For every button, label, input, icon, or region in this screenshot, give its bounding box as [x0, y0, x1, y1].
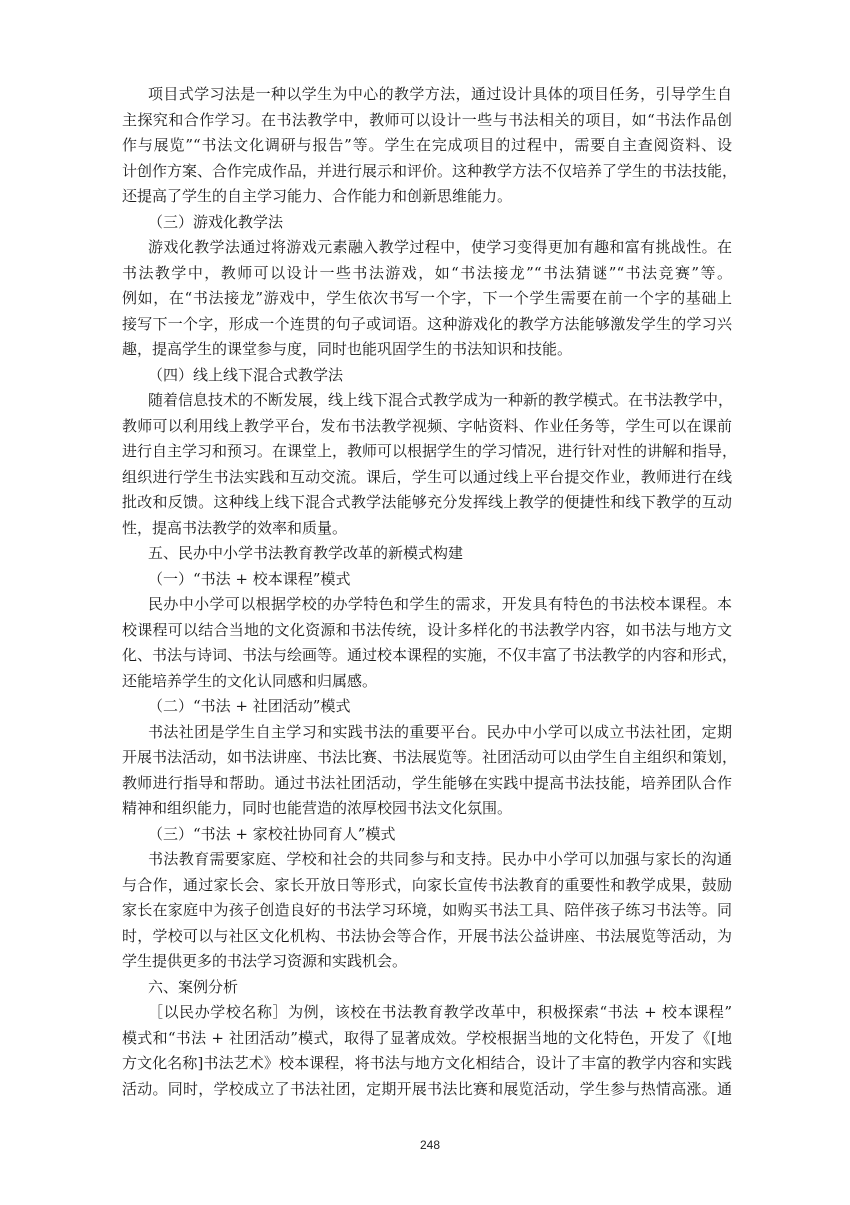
- paragraph-line: 计创作方案、合作完成作品，并进行展示和评价。这种教学方法不仅培养了学生的书法技能…: [122, 159, 732, 185]
- paragraph-line: 书法社团是学生自主学习和实践书法的重要平台。民办中小学可以成立书法社团，定期: [122, 720, 732, 746]
- paragraph-line: 还能培养学生的文化认同感和归属感。: [122, 669, 732, 695]
- paragraph-line: 时，学校可以与社区文化机构、书法协会等合作，开展书法公益讲座、书法展览等活动，为: [122, 924, 732, 950]
- paragraph-line: 开展书法活动，如书法讲座、书法比赛、书法展览等。社团活动可以由学生自主组织和策划…: [122, 745, 732, 771]
- paragraph-line: ［以民办学校名称］为例，该校在书法教育教学改革中，积极探索“书法 + 校本课程”: [122, 1000, 732, 1026]
- section-heading: 六、案例分析: [122, 975, 732, 1001]
- paragraph-line: 项目式学习法是一种以学生为中心的教学方法，通过设计具体的项目任务，引导学生自: [122, 82, 732, 108]
- paragraph-line: 性，提高书法教学的效率和质量。: [122, 516, 732, 542]
- paragraph-line: 家长在家庭中为孩子创造良好的书法学习环境，如购买书法工具、陪伴孩子练习书法等。同: [122, 898, 732, 924]
- paragraph-line: 作与展览”“书法文化调研与报告”等。学生在完成项目的过程中，需要自主查阅资料、设: [122, 133, 732, 159]
- section-heading: （二）“书法 + 社团活动”模式: [122, 694, 732, 720]
- section-heading: （三）游戏化教学法: [122, 210, 732, 236]
- paragraph-line: 例如，在“书法接龙”游戏中，学生依次书写一个字，下一个学生需要在前一个字的基础上: [122, 286, 732, 312]
- paragraph-line: 书法教学中，教师可以设计一些书法游戏，如“书法接龙”“书法猜谜”“书法竞赛”等。: [122, 261, 732, 287]
- paragraph-line: 批改和反馈。这种线上线下混合式教学法能够充分发挥线上教学的便捷性和线下教学的互动: [122, 490, 732, 516]
- section-heading: （四）线上线下混合式教学法: [122, 363, 732, 389]
- paragraph-line: 活动。同时，学校成立了书法社团，定期开展书法比赛和展览活动，学生参与热情高涨。通: [122, 1077, 732, 1103]
- paragraph-line: 组织进行学生书法实践和互动交流。课后，学生可以通过线上平台提交作业，教师进行在线: [122, 465, 732, 491]
- paragraph-line: 进行自主学习和预习。在课堂上，教师可以根据学生的学习情况，进行针对性的讲解和指导…: [122, 439, 732, 465]
- section-heading: （一）“书法 + 校本课程”模式: [122, 567, 732, 593]
- paragraph-line: 教师进行指导和帮助。通过书法社团活动，学生能够在实践中提高书法技能，培养团队合作: [122, 771, 732, 797]
- paragraph-line: 还提高了学生的自主学习能力、合作能力和创新思维能力。: [122, 184, 732, 210]
- paragraph-line: 趣，提高学生的课堂参与度，同时也能巩固学生的书法知识和技能。: [122, 337, 732, 363]
- paragraph-line: 校课程可以结合当地的文化资源和书法传统，设计多样化的书法教学内容，如书法与地方文: [122, 618, 732, 644]
- paragraph-line: 接写下一个字，形成一个连贯的句子或词语。这种游戏化的教学方法能够激发学生的学习兴: [122, 312, 732, 338]
- section-heading: 五、民办中小学书法教育教学改革的新模式构建: [122, 541, 732, 567]
- paragraph-line: 与合作，通过家长会、家长开放日等形式，向家长宣传书法教育的重要性和教学成果，鼓励: [122, 873, 732, 899]
- document-page: 项目式学习法是一种以学生为中心的教学方法，通过设计具体的项目任务，引导学生自主探…: [0, 0, 850, 1205]
- paragraph-line: 精神和组织能力，同时也能营造的浓厚校园书法文化氛围。: [122, 796, 732, 822]
- paragraph-line: 主探究和合作学习。在书法教学中，教师可以设计一些与书法相关的项目，如“书法作品创: [122, 108, 732, 134]
- paragraph-line: 民办中小学可以根据学校的办学特色和学生的需求，开发具有特色的书法校本课程。本: [122, 592, 732, 618]
- section-heading: （三）“书法 + 家校社协同育人”模式: [122, 822, 732, 848]
- paragraph-line: 方文化名称]书法艺术》校本课程，将书法与地方文化相结合，设计了丰富的教学内容和实…: [122, 1051, 732, 1077]
- paragraph-line: 学生提供更多的书法学习资源和实践机会。: [122, 949, 732, 975]
- paragraph-line: 游戏化教学法通过将游戏元素融入教学过程中，使学习变得更加有趣和富有挑战性。在: [122, 235, 732, 261]
- page-number: 248: [0, 1138, 850, 1152]
- body-text: 项目式学习法是一种以学生为中心的教学方法，通过设计具体的项目任务，引导学生自主探…: [122, 82, 732, 1102]
- paragraph-line: 模式和“书法 + 社团活动”模式，取得了显著成效。学校根据当地的文化特色，开发了…: [122, 1026, 732, 1052]
- paragraph-line: 书法教育需要家庭、学校和社会的共同参与和支持。民办中小学可以加强与家长的沟通: [122, 847, 732, 873]
- paragraph-line: 教师可以利用线上教学平台，发布书法教学视频、字帖资料、作业任务等，学生可以在课前: [122, 414, 732, 440]
- paragraph-line: 化、书法与诗词、书法与绘画等。通过校本课程的实施，不仅丰富了书法教学的内容和形式…: [122, 643, 732, 669]
- paragraph-line: 随着信息技术的不断发展，线上线下混合式教学成为一种新的教学模式。在书法教学中，: [122, 388, 732, 414]
